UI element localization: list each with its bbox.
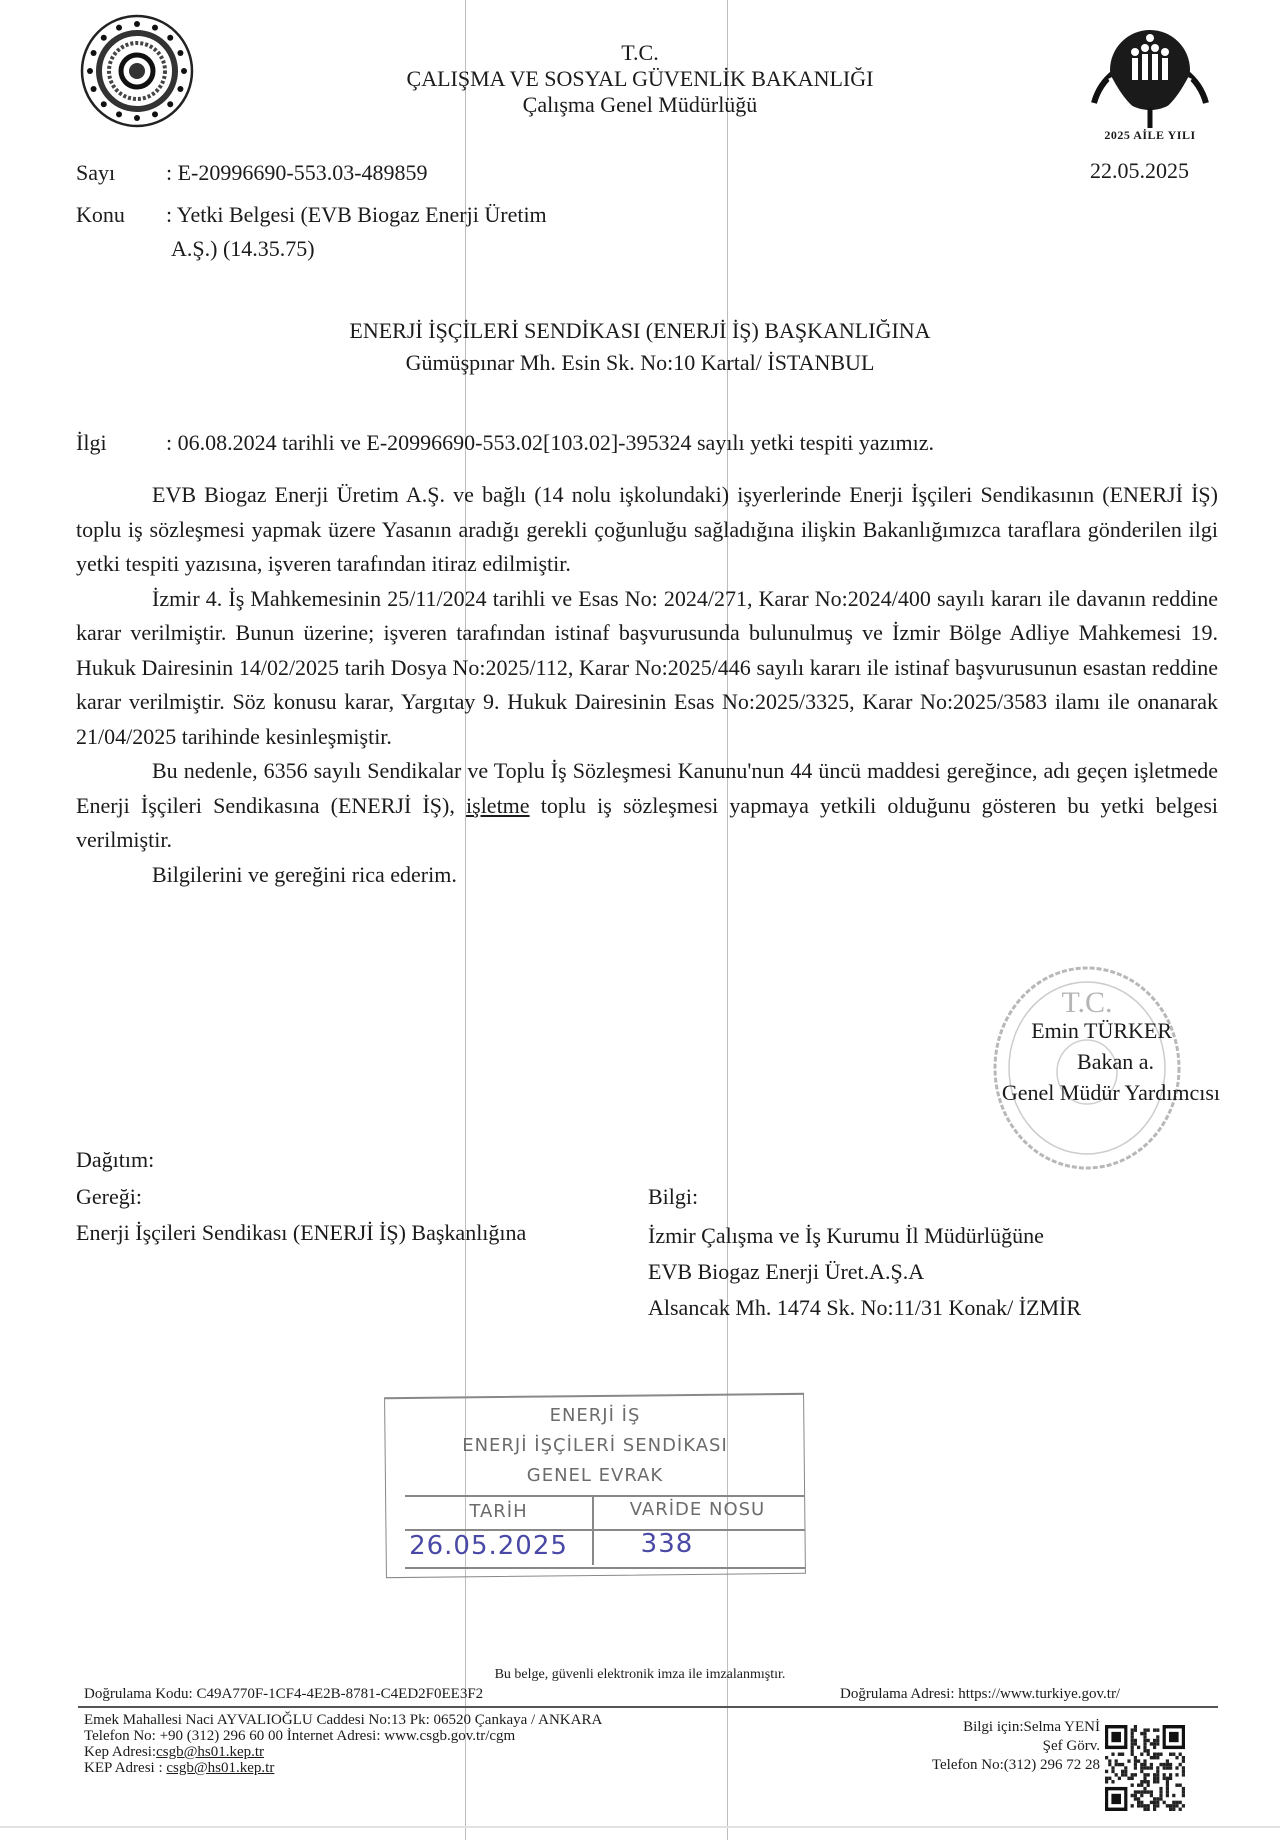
ilgi-value: : 06.08.2024 tarihli ve E-20996690-553.0… <box>166 430 934 455</box>
body-paragraph: EVB Biogaz Enerji Üretim A.Ş. ve bağlı (… <box>76 478 1218 582</box>
kep-label: Kep Adresi: <box>84 1744 156 1760</box>
stamp-number-label: VARİDE NOSU <box>592 1499 803 1520</box>
sayi-value: : E-20996690-553.03-489859 <box>166 160 428 185</box>
info-recipient: EVB Biogaz Enerji Üret.A.Ş.A <box>648 1254 1081 1290</box>
info-recipient: İzmir Çalışma ve İş Kurumu İl Müdürlüğün… <box>648 1218 1081 1254</box>
ministry-phone-web: Telefon No: +90 (312) 296 60 00 İnternet… <box>84 1728 602 1744</box>
family-year-caption: 2025 AİLE YILI <box>1070 128 1230 143</box>
contact-title: Şef Görv. <box>800 1737 1100 1756</box>
letterhead-country: T.C. <box>340 40 940 66</box>
letterhead: T.C. ÇALIŞMA VE SOSYAL GÜVENLİK BAKANLIĞ… <box>340 40 940 118</box>
info-recipients-list: İzmir Çalışma ve İş Kurumu İl Müdürlüğün… <box>648 1218 1081 1326</box>
letter-body: EVB Biogaz Enerji Üretim A.Ş. ve bağlı (… <box>76 478 1218 892</box>
verification-code: Doğrulama Kodu: C49A770F-1CF4-4E2B-8781-… <box>84 1686 483 1703</box>
footer-divider <box>78 1706 1218 1708</box>
ilgi-label: İlgi <box>76 428 166 458</box>
qr-code-icon <box>1105 1725 1185 1811</box>
closing-sentence: Bilgilerini ve gereğini rica ederim. <box>76 858 1218 893</box>
page-bottom-edge <box>0 1826 1280 1828</box>
distribution-title: Dağıtım: <box>76 1145 154 1175</box>
info-recipient: Alsancak Mh. 1474 Sk. No:11/31 Konak/ İZ… <box>648 1290 1081 1326</box>
document-date: 22.05.2025 <box>1090 158 1189 184</box>
footer-contact-right: Bilgi için:Selma YENİ Şef Görv. Telefon … <box>800 1718 1100 1775</box>
subject-row: Konu: Yetki Belgesi (EVB Biogaz Enerji Ü… <box>76 200 547 230</box>
stamp-date-value: 26.05.2025 <box>385 1531 592 1561</box>
action-recipient: Enerji İşçileri Sendikası (ENERJİ İŞ) Ba… <box>76 1218 526 1248</box>
signer-on-behalf: Bakan a. <box>930 1046 1220 1077</box>
body-paragraph: İzmir 4. İş Mahkemesinin 25/11/2024 tari… <box>76 582 1218 755</box>
konu-value: : Yetki Belgesi (EVB Biogaz Enerji Üreti… <box>166 202 547 227</box>
kep-link[interactable]: csgb@hs01.kep.tr <box>156 1744 264 1760</box>
konu-label: Konu <box>76 200 166 230</box>
sayi-label: Sayı <box>76 158 166 188</box>
addressee-address: Gümüşpınar Mh. Esin Sk. No:10 Kartal/ İS… <box>200 347 1080 379</box>
stamp-line: ENERJİ İŞ <box>385 1405 805 1426</box>
signer-name: Emin TÜRKER <box>930 1015 1220 1046</box>
family-year-emblem-icon <box>1080 8 1220 143</box>
stamp-divider <box>405 1567 805 1569</box>
reference-row: İlgi: 06.08.2024 tarihli ve E-20996690-5… <box>76 428 934 458</box>
stamp-line: ENERJİ İŞÇİLERİ SENDİKASI <box>385 1435 805 1456</box>
verification-url[interactable]: Doğrulama Adresi: https://www.turkiye.go… <box>840 1686 1120 1703</box>
esignature-note: Bu belge, güvenli elektronik imza ile im… <box>0 1667 1280 1683</box>
contact-person: Bilgi için:Selma YENİ <box>800 1718 1100 1737</box>
kep-label: KEP Adresi : <box>84 1760 166 1776</box>
letterhead-ministry: ÇALIŞMA VE SOSYAL GÜVENLİK BAKANLIĞI <box>340 66 940 92</box>
addressee-name: ENERJİ İŞÇİLERİ SENDİKASI (ENERJİ İŞ) BA… <box>200 315 1080 347</box>
signature-block: Emin TÜRKER Bakan a. Genel Müdür Yardımc… <box>930 1015 1220 1108</box>
kep-address-row: KEP Adresi : csgb@hs01.kep.tr <box>84 1760 602 1776</box>
letterhead-directorate: Çalışma Genel Müdürlüğü <box>340 92 940 118</box>
addressee-block: ENERJİ İŞÇİLERİ SENDİKASI (ENERJİ İŞ) BA… <box>200 315 1080 379</box>
stamp-line: GENEL EVRAK <box>385 1465 805 1486</box>
reference-number-row: Sayı: E-20996690-553.03-489859 <box>76 158 428 188</box>
stamp-divider <box>405 1495 805 1497</box>
underlined-term: işletme <box>466 793 530 818</box>
ministry-address: Emek Mahallesi Naci AYVALIOĞLU Caddesi N… <box>84 1712 602 1728</box>
kep-address-row: Kep Adresi:csgb@hs01.kep.tr <box>84 1744 602 1760</box>
stamp-divider <box>592 1497 594 1565</box>
stamp-date-label: TARİH <box>395 1501 602 1522</box>
kep-link[interactable]: csgb@hs01.kep.tr <box>166 1760 274 1776</box>
ministry-seal-icon <box>78 12 196 130</box>
body-paragraph: Bu nedenle, 6356 sayılı Sendikalar ve To… <box>76 754 1218 858</box>
info-recipients-label: Bilgi: <box>648 1182 698 1212</box>
receipt-stamp: ENERJİ İŞ ENERJİ İŞÇİLERİ SENDİKASI GENE… <box>385 1395 805 1575</box>
contact-phone: Telefon No:(312) 296 72 28 <box>800 1756 1100 1775</box>
footer-contact-left: Emek Mahallesi Naci AYVALIOĞLU Caddesi N… <box>84 1712 602 1776</box>
subject-value-line2: A.Ş.) (14.35.75) <box>171 234 315 264</box>
action-recipients-label: Gereği: <box>76 1182 142 1212</box>
stamp-number-value: 338 <box>597 1529 737 1559</box>
signer-title: Genel Müdür Yardımcısı <box>930 1077 1220 1108</box>
